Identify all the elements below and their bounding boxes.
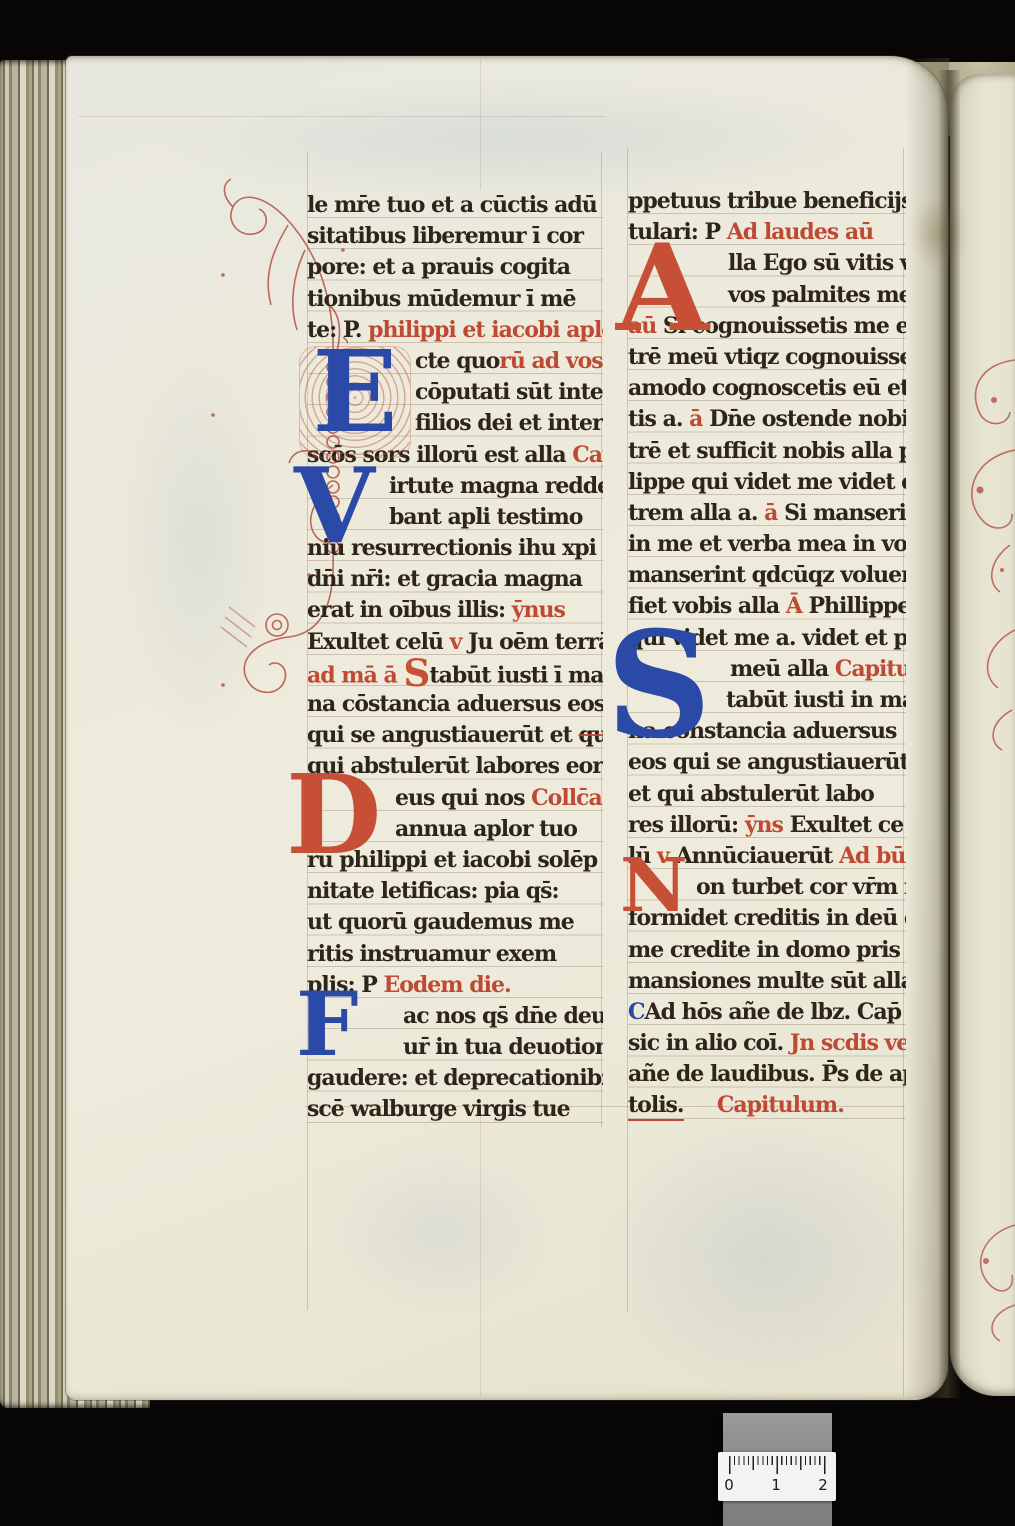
gutter-crease [938,70,960,1398]
illuminated-initial-N: N [620,856,688,917]
ruler-ticks [729,1456,826,1474]
text-line: ut quorū gaudemus me [307,907,603,938]
show-through-bottom [600,1120,930,1390]
text-line: le mr̄e tuo et a cūctis adū [307,190,603,221]
text-line: ad mā ā Stabūt iusti ī mag [307,658,603,689]
text-line: me credite in domo pris mei [628,935,906,966]
scale-bar: 0 1 2 [718,1413,836,1526]
text-line: sitatibus liberemur ī cor [307,221,603,252]
text-line: tolis. Capitulum. [628,1090,906,1121]
text-line: lippe qui videt me videt et pa [628,467,906,498]
text-line: qui se angustiauerūt et qui [307,720,603,751]
text-line: amodo cognoscetis eū et vidis [628,373,906,404]
text-line: et qui abstulerūt labo [628,779,906,810]
illuminated-initial-S: S [606,626,711,746]
text-line: res illorū: ȳns Exultet ce [628,810,906,841]
text-line: ppetuus tribue beneficijs q̄ [628,186,906,217]
ruling-vertical-faint [480,58,481,190]
text-line: CAd hōs añe de lbz. Cap̄ et R [628,997,906,1028]
text-line: tionibus mūdemur ī mē [307,284,603,315]
illuminated-initial-A: A [616,240,709,338]
manuscript-photo: le mr̄e tuo et a cūctis adūsitatibus lib… [0,0,1015,1526]
text-line: trem alla a. ā Si manseritis [628,498,906,529]
text-line: ritis instruamur exem [307,939,603,970]
text-line: erat in oībus illis: ȳnus [307,595,603,626]
ruler-label-1: 1 [769,1476,783,1494]
text-line: sic in alio coī. Jn scdis vespis [628,1028,906,1059]
illuminated-initial-E: E [300,347,410,457]
text-line: trē et sufficit nobis alla phi [628,436,906,467]
ruler-label-2: 2 [816,1476,830,1494]
show-through-bottom-2 [330,1150,550,1310]
ruling-horizontal-faint [78,116,606,117]
text-line: pore: et a prauis cogita [307,252,603,283]
text-line: mansiones multe sūt alla [628,966,906,997]
text-line: añe de laudibus. P̄s de apos [628,1059,906,1090]
text-line: dn̄i nr̄i: et gracia magna [307,564,603,595]
text-line: tis a. ā Dn̄e ostende nobis pa [628,404,906,435]
text-line: in me et verba mea in vobis [628,529,906,560]
text-line: scē walburge virgis tue [307,1094,603,1125]
text-line: Exultet celū v Ju oēm terrā [307,627,603,658]
illuminated-initial-V: V [294,463,375,548]
scale-bar-ruler: 0 1 2 [718,1452,836,1501]
text-line: na cōstancia aduersus eos [307,689,603,720]
text-line: manserint qdcūqz volueritis [628,560,906,591]
text-line: nitate letificas: pia qs̄: [307,876,603,907]
ruling-vertical-faint [480,1106,481,1396]
illuminated-initial-D: D [286,770,381,860]
ruler-label-0: 0 [722,1476,736,1494]
illuminated-initial-F: F [296,988,358,1060]
